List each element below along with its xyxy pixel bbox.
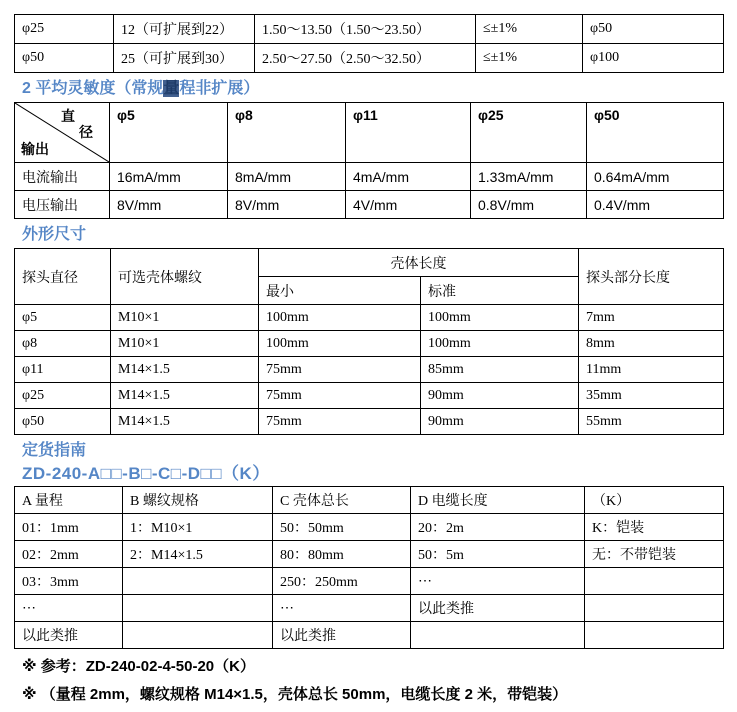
table-row: 01：1mm 1：M10×1 50：50mm 20：2m K：铠装 — [15, 514, 724, 541]
column-header: φ50 — [587, 103, 724, 163]
cell-length-option: 80：80mm — [273, 541, 411, 568]
cell-diameter: φ50 — [15, 44, 114, 73]
column-header-cable-length: D 电缆长度 — [411, 487, 585, 514]
cell-probe-length: 55mm — [579, 409, 724, 435]
section-heading-dimensions: 外形尺寸 — [22, 224, 723, 245]
cell-range-option: 以此类推 — [15, 622, 123, 649]
sensitivity-table: 直 径 输出 φ5 φ8 φ11 φ25 φ50 电流输出 16mA/mm 8m… — [14, 102, 724, 219]
cell-thread-option: 1：M10×1 — [123, 514, 273, 541]
column-header: φ11 — [346, 103, 471, 163]
table-row: 03：3mm 250：250mm ⋯ — [15, 568, 724, 595]
cell-std-length: 90mm — [421, 383, 579, 409]
cell-linearity: ≤±1% — [476, 15, 583, 44]
cell-length-option: 以此类推 — [273, 622, 411, 649]
table-row: 电流输出 16mA/mm 8mA/mm 4mA/mm 1.33mA/mm 0.6… — [15, 163, 724, 191]
cell-probe-length: 35mm — [579, 383, 724, 409]
cell-thread: M14×1.5 — [111, 357, 259, 383]
ordering-table: A 量程 B 螺纹规格 C 壳体总长 D 电缆长度 （K） 01：1mm 1：M… — [14, 486, 724, 649]
cell-probe-length: 8mm — [579, 331, 724, 357]
datasheet-page: φ25 12（可扩展到22） 1.50～13.50（1.50～23.50） ≤±… — [0, 0, 737, 712]
cell-range: 12（可扩展到22） — [114, 15, 255, 44]
cell-length-option: ⋯ — [273, 595, 411, 622]
column-header: φ5 — [110, 103, 228, 163]
cell-diameter: φ5 — [15, 305, 111, 331]
cell-value: 8V/mm — [228, 191, 346, 219]
cell-value: 4mA/mm — [346, 163, 471, 191]
cell-diameter: φ25 — [15, 383, 111, 409]
table-row: 02：2mm 2：M14×1.5 80：80mm 50：5m 无：不带铠装 — [15, 541, 724, 568]
range-spec-table: φ25 12（可扩展到22） 1.50～13.50（1.50～23.50） ≤±… — [14, 14, 724, 73]
reference-note: ※ 参考：ZD-240-02-4-50-20（K） — [22, 657, 723, 677]
cell-diameter: φ25 — [15, 15, 114, 44]
cell-armor-option — [585, 595, 724, 622]
cell-cable-option: 50：5m — [411, 541, 585, 568]
cell-value: 4V/mm — [346, 191, 471, 219]
cell-length-option: 50：50mm — [273, 514, 411, 541]
row-label: 电压输出 — [15, 191, 110, 219]
column-header-probe-length: 探头部分长度 — [579, 249, 724, 305]
cell-span: 1.50～13.50（1.50～23.50） — [255, 15, 476, 44]
cell-range: 25（可扩展到30） — [114, 44, 255, 73]
table-row: φ11 M14×1.5 75mm 85mm 11mm — [15, 357, 724, 383]
cell-probe-length: 7mm — [579, 305, 724, 331]
table-row: φ25 M14×1.5 75mm 90mm 35mm — [15, 383, 724, 409]
cell-min-length: 75mm — [259, 383, 421, 409]
corner-label-diameter-1: 直 — [61, 106, 75, 126]
column-header: φ25 — [471, 103, 587, 163]
section-heading-ordering: 定货指南 — [22, 440, 723, 461]
cell-span: 2.50～27.50（2.50～32.50） — [255, 44, 476, 73]
table-row: A 量程 B 螺纹规格 C 壳体总长 D 电缆长度 （K） — [15, 487, 724, 514]
cell-thread: M10×1 — [111, 331, 259, 357]
diagonal-corner-cell: 直 径 输出 — [15, 103, 110, 163]
table-row: 探头直径 可选壳体螺纹 壳体长度 探头部分长度 — [15, 249, 724, 277]
cell-min-length: 100mm — [259, 305, 421, 331]
column-header-thread: 可选壳体螺纹 — [111, 249, 259, 305]
row-label: 电流输出 — [15, 163, 110, 191]
cell-min-length: 75mm — [259, 409, 421, 435]
highlighted-char: 量 — [163, 80, 179, 97]
cell-value: 16mA/mm — [110, 163, 228, 191]
table-row: φ50 M14×1.5 75mm 90mm 55mm — [15, 409, 724, 435]
table-row: φ25 12（可扩展到22） 1.50～13.50（1.50～23.50） ≤±… — [15, 15, 724, 44]
cell-thread-option — [123, 595, 273, 622]
cell-value: 0.4V/mm — [587, 191, 724, 219]
table-row: ⋯ ⋯ 以此类推 — [15, 595, 724, 622]
cell-cable-option — [411, 622, 585, 649]
cell-thread-option — [123, 568, 273, 595]
table-row: φ5 M10×1 100mm 100mm 7mm — [15, 305, 724, 331]
cell-cable-option: 20：2m — [411, 514, 585, 541]
table-row: φ8 M10×1 100mm 100mm 8mm — [15, 331, 724, 357]
heading-text: 2 平均灵敏度（常规 — [22, 80, 163, 97]
column-header-armor: （K） — [585, 487, 724, 514]
cell-linearity: ≤±1% — [476, 44, 583, 73]
dimensions-table: 探头直径 可选壳体螺纹 壳体长度 探头部分长度 最小 标准 φ5 M10×1 1… — [14, 248, 724, 435]
column-header-thread: B 螺纹规格 — [123, 487, 273, 514]
cell-length-option: 250：250mm — [273, 568, 411, 595]
cell-thread-option: 2：M14×1.5 — [123, 541, 273, 568]
cell-range-option: 02：2mm — [15, 541, 123, 568]
cell-thread: M10×1 — [111, 305, 259, 331]
cell-range-option: 01：1mm — [15, 514, 123, 541]
corner-label-diameter-2: 径 — [79, 122, 93, 142]
column-header-body-length: 壳体长度 — [259, 249, 579, 277]
column-header-range: A 量程 — [15, 487, 123, 514]
heading-text: 程非扩展） — [179, 80, 259, 97]
ordering-code: ZD-240-A□□-B□-C□-D□□（K） — [22, 464, 723, 484]
cell-armor-option: 无：不带铠装 — [585, 541, 724, 568]
column-subheader-standard: 标准 — [421, 277, 579, 305]
cell-diameter: φ8 — [15, 331, 111, 357]
cell-std-length: 90mm — [421, 409, 579, 435]
cell-probe-length: 11mm — [579, 357, 724, 383]
cell-value: 1.33mA/mm — [471, 163, 587, 191]
table-row: 直 径 输出 φ5 φ8 φ11 φ25 φ50 — [15, 103, 724, 163]
cell-value: 8V/mm — [110, 191, 228, 219]
cell-thread-option — [123, 622, 273, 649]
corner-label-output: 输出 — [21, 139, 49, 159]
cell-diameter: φ50 — [15, 409, 111, 435]
column-header-probe-diameter: 探头直径 — [15, 249, 111, 305]
cell-std-length: 100mm — [421, 331, 579, 357]
cell-armor-option — [585, 568, 724, 595]
cell-min-length: 100mm — [259, 331, 421, 357]
cell-cable-option: ⋯ — [411, 568, 585, 595]
cell-value: 0.64mA/mm — [587, 163, 724, 191]
table-row: 以此类推 以此类推 — [15, 622, 724, 649]
cell-target: φ100 — [583, 44, 724, 73]
cell-std-length: 85mm — [421, 357, 579, 383]
cell-thread: M14×1.5 — [111, 409, 259, 435]
cell-std-length: 100mm — [421, 305, 579, 331]
cell-min-length: 75mm — [259, 357, 421, 383]
cell-value: 0.8V/mm — [471, 191, 587, 219]
column-subheader-min: 最小 — [259, 277, 421, 305]
cell-thread: M14×1.5 — [111, 383, 259, 409]
cell-diameter: φ11 — [15, 357, 111, 383]
cell-target: φ50 — [583, 15, 724, 44]
cell-cable-option: 以此类推 — [411, 595, 585, 622]
table-row: φ50 25（可扩展到30） 2.50～27.50（2.50～32.50） ≤±… — [15, 44, 724, 73]
cell-armor-option: K：铠装 — [585, 514, 724, 541]
section-heading-sensitivity: 2 平均灵敏度（常规量程非扩展） — [22, 78, 723, 99]
column-header-body-length: C 壳体总长 — [273, 487, 411, 514]
table-row: 电压输出 8V/mm 8V/mm 4V/mm 0.8V/mm 0.4V/mm — [15, 191, 724, 219]
cell-value: 8mA/mm — [228, 163, 346, 191]
cell-range-option: 03：3mm — [15, 568, 123, 595]
cell-range-option: ⋯ — [15, 595, 123, 622]
explanation-note: ※ （量程 2mm，螺纹规格 M14×1.5，壳体总长 50mm，电缆长度 2 … — [22, 685, 723, 705]
cell-armor-option — [585, 622, 724, 649]
column-header: φ8 — [228, 103, 346, 163]
